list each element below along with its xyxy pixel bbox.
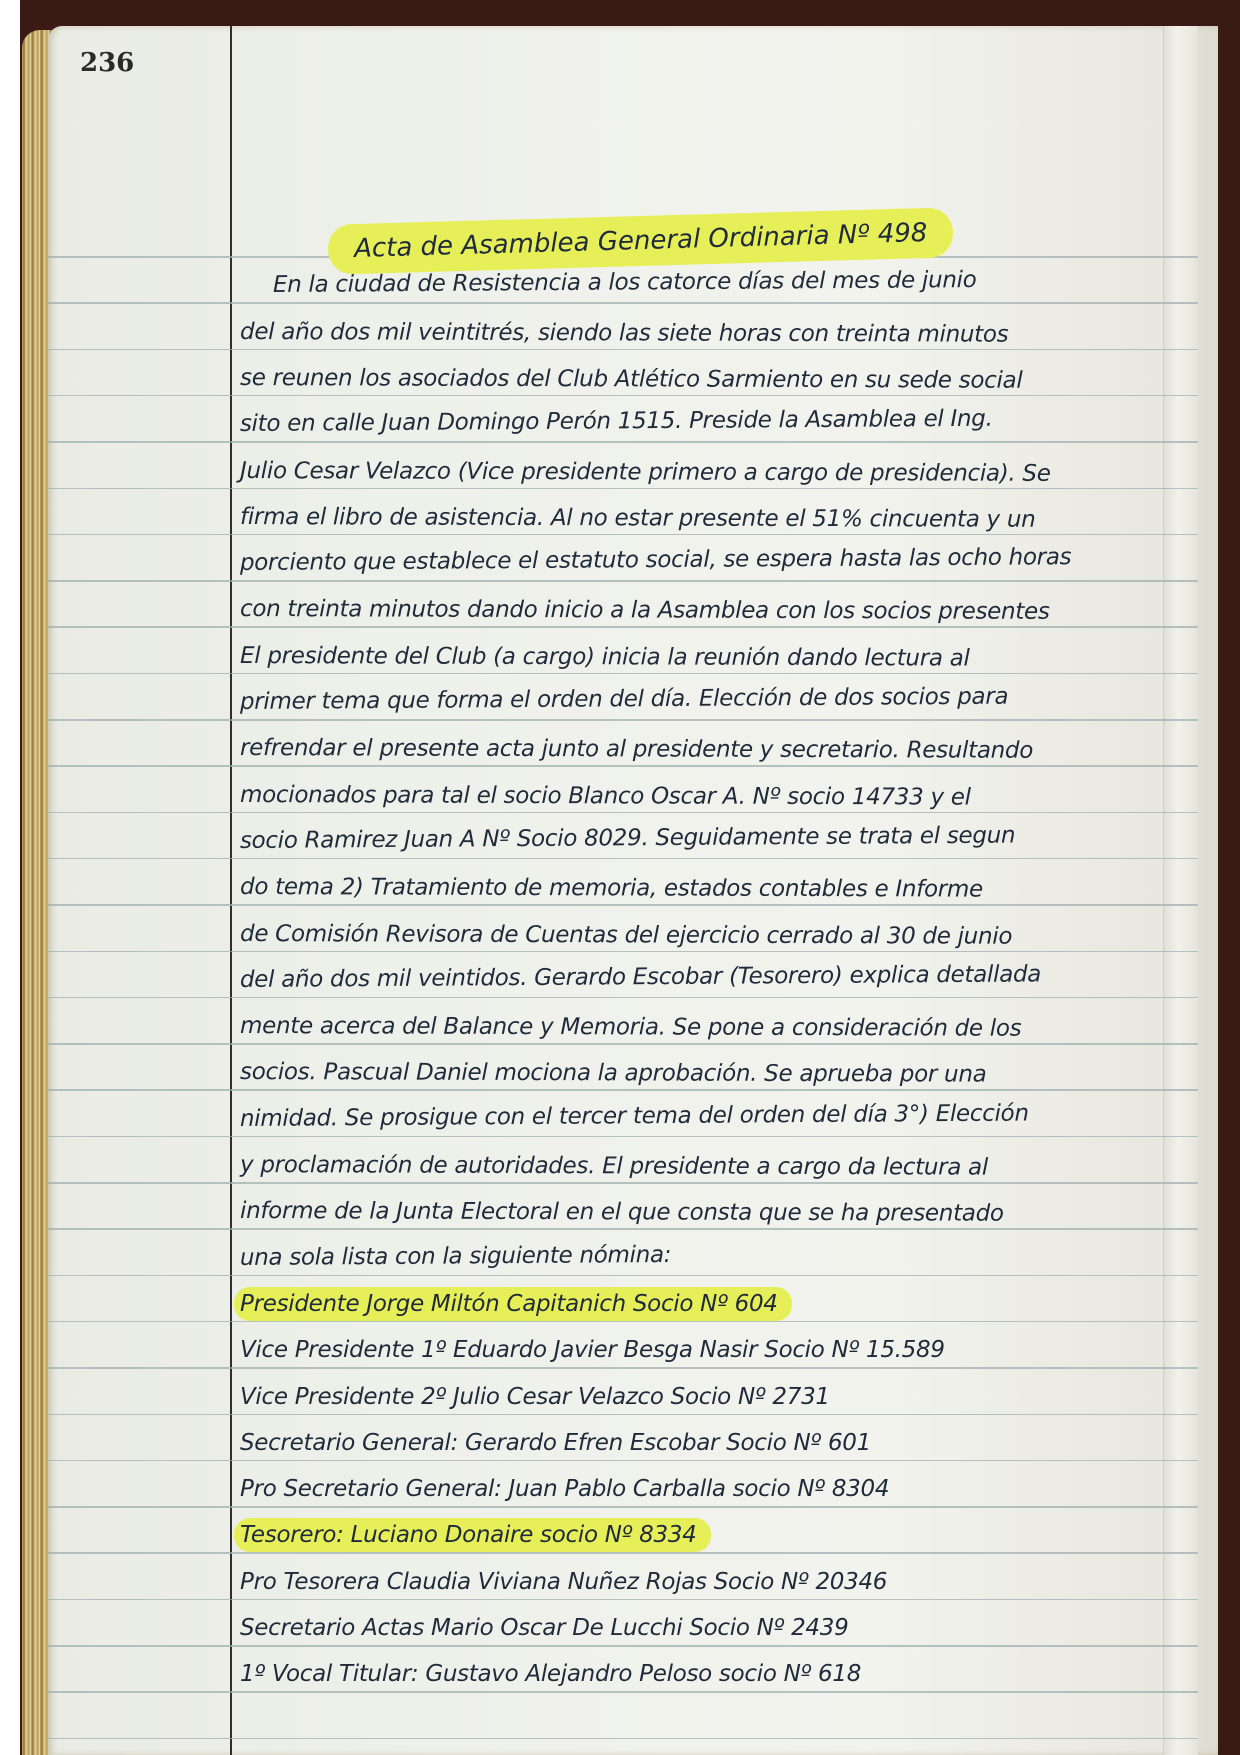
minutes-line: mente acerca del Balance y Memoria. Se p… <box>240 1013 1160 1042</box>
authority-entry: Tesorero: Luciano Donaire socio Nº 8334 <box>240 1522 1160 1548</box>
entry-text: Pro Tesorera Claudia Viviana Nuñez Rojas… <box>240 1569 887 1595</box>
document-title: Acta de Asamblea General Ordinaria Nº 49… <box>327 207 954 274</box>
rule-line <box>48 534 1198 536</box>
minutes-line: nimidad. Se prosigue con el tercer tema … <box>240 1099 1160 1131</box>
rule-line <box>48 673 1198 675</box>
minutes-line: del año dos mil veintidos. Gerardo Escob… <box>240 960 1160 992</box>
entry-text: Vice Presidente 1º Eduardo Javier Besga … <box>240 1337 945 1363</box>
minutes-line: firma el libro de asistencia. Al no esta… <box>240 504 1160 533</box>
minutes-line: refrendar el presente acta junto al pres… <box>240 735 1160 764</box>
entry-text: Vice Presidente 2º Julio Cesar Velazco S… <box>240 1384 830 1410</box>
rule-line <box>48 1136 1198 1138</box>
authority-entry: Vice Presidente 2º Julio Cesar Velazco S… <box>240 1384 1160 1410</box>
rule-line <box>48 1414 1198 1416</box>
rule-line <box>48 765 1198 767</box>
highlighted-text: Tesorero: Luciano Donaire socio Nº 8334 <box>234 1518 711 1552</box>
entry-text: 1º Vocal Titular: Gustavo Alejandro Pelo… <box>240 1661 861 1687</box>
rule-line <box>48 1552 1198 1554</box>
minutes-line: una sola lista con la siguiente nómina: <box>240 1238 1160 1270</box>
rule-line <box>48 1738 1198 1740</box>
authority-entry: Pro Secretario General: Juan Pablo Carba… <box>240 1476 1160 1502</box>
margin-line <box>230 26 232 1755</box>
rule-line <box>48 858 1198 860</box>
rule-line <box>48 488 1198 490</box>
minutes-line: El presidente del Club (a cargo) inicia … <box>240 643 1160 672</box>
ledger-page: 236 Acta de Asamblea General Ordinaria N… <box>48 26 1218 1755</box>
minutes-line: del año dos mil veintitrés, siendo las s… <box>240 319 1160 348</box>
minutes-line: con treinta minutos dando inicio a la As… <box>240 596 1160 625</box>
rule-line <box>48 1182 1198 1184</box>
minutes-line: y proclamación de autoridades. El presid… <box>240 1152 1160 1181</box>
rule-line <box>48 1691 1198 1693</box>
rule-line <box>48 580 1198 582</box>
authority-entry: 1º Vocal Titular: Gustavo Alejandro Pelo… <box>240 1661 1160 1687</box>
minutes-line: do tema 2) Tratamiento de memoria, estad… <box>240 874 1160 903</box>
minutes-line: Julio Cesar Velazco (Vice presidente pri… <box>240 458 1160 487</box>
minutes-line: socios. Pascual Daniel mociona la aproba… <box>240 1059 1160 1088</box>
minutes-line: se reunen los asociados del Club Atlétic… <box>240 365 1160 394</box>
minutes-line: En la ciudad de Resistencia a los catorc… <box>273 266 1193 298</box>
authority-entry: Secretario Actas Mario Oscar De Lucchi S… <box>240 1615 1160 1641</box>
rule-line <box>48 1506 1198 1508</box>
rule-line <box>48 1089 1198 1091</box>
rule-line <box>48 1321 1198 1323</box>
page-number: 236 <box>80 48 134 78</box>
minutes-line: porciento que establece el estatuto soci… <box>240 544 1160 576</box>
authority-entry: Pro Tesorera Claudia Viviana Nuñez Rojas… <box>240 1569 1160 1595</box>
rule-line <box>48 302 1198 304</box>
rule-line <box>48 1645 1198 1647</box>
entry-text: Secretario Actas Mario Oscar De Lucchi S… <box>240 1615 848 1641</box>
rule-line <box>48 626 1198 628</box>
rule-line <box>48 441 1198 443</box>
rule-line <box>48 904 1198 906</box>
rule-line <box>48 812 1198 814</box>
rule-line <box>48 1228 1198 1230</box>
rule-line <box>48 997 1198 999</box>
rule-line <box>48 1599 1198 1601</box>
authority-entry: Presidente Jorge Miltón Capitanich Socio… <box>240 1291 1160 1317</box>
minutes-line: de Comisión Revisora de Cuentas del ejer… <box>240 921 1160 950</box>
rule-line <box>48 1043 1198 1045</box>
entry-text: Secretario General: Gerardo Efren Escoba… <box>240 1430 871 1456</box>
rule-line <box>48 1460 1198 1462</box>
highlighted-text: Presidente Jorge Miltón Capitanich Socio… <box>234 1287 792 1321</box>
rule-line <box>48 395 1198 397</box>
minutes-line: socio Ramirez Juan A Nº Socio 8029. Segu… <box>240 821 1160 853</box>
rule-line <box>48 719 1198 721</box>
minutes-line: sito en calle Juan Domingo Perón 1515. P… <box>240 405 1160 437</box>
minutes-line: informe de la Junta Electoral en el que … <box>240 1198 1160 1227</box>
rule-line <box>48 349 1198 351</box>
rule-line <box>48 951 1198 953</box>
rule-line <box>48 1275 1198 1277</box>
authority-entry: Vice Presidente 1º Eduardo Javier Besga … <box>240 1337 1160 1363</box>
minutes-line: mocionados para tal el socio Blanco Osca… <box>240 782 1160 811</box>
minutes-line: primer tema que forma el orden del día. … <box>240 683 1160 715</box>
authority-entry: Secretario General: Gerardo Efren Escoba… <box>240 1430 1160 1456</box>
rule-line <box>48 1367 1198 1369</box>
entry-text: Pro Secretario General: Juan Pablo Carba… <box>240 1476 889 1502</box>
